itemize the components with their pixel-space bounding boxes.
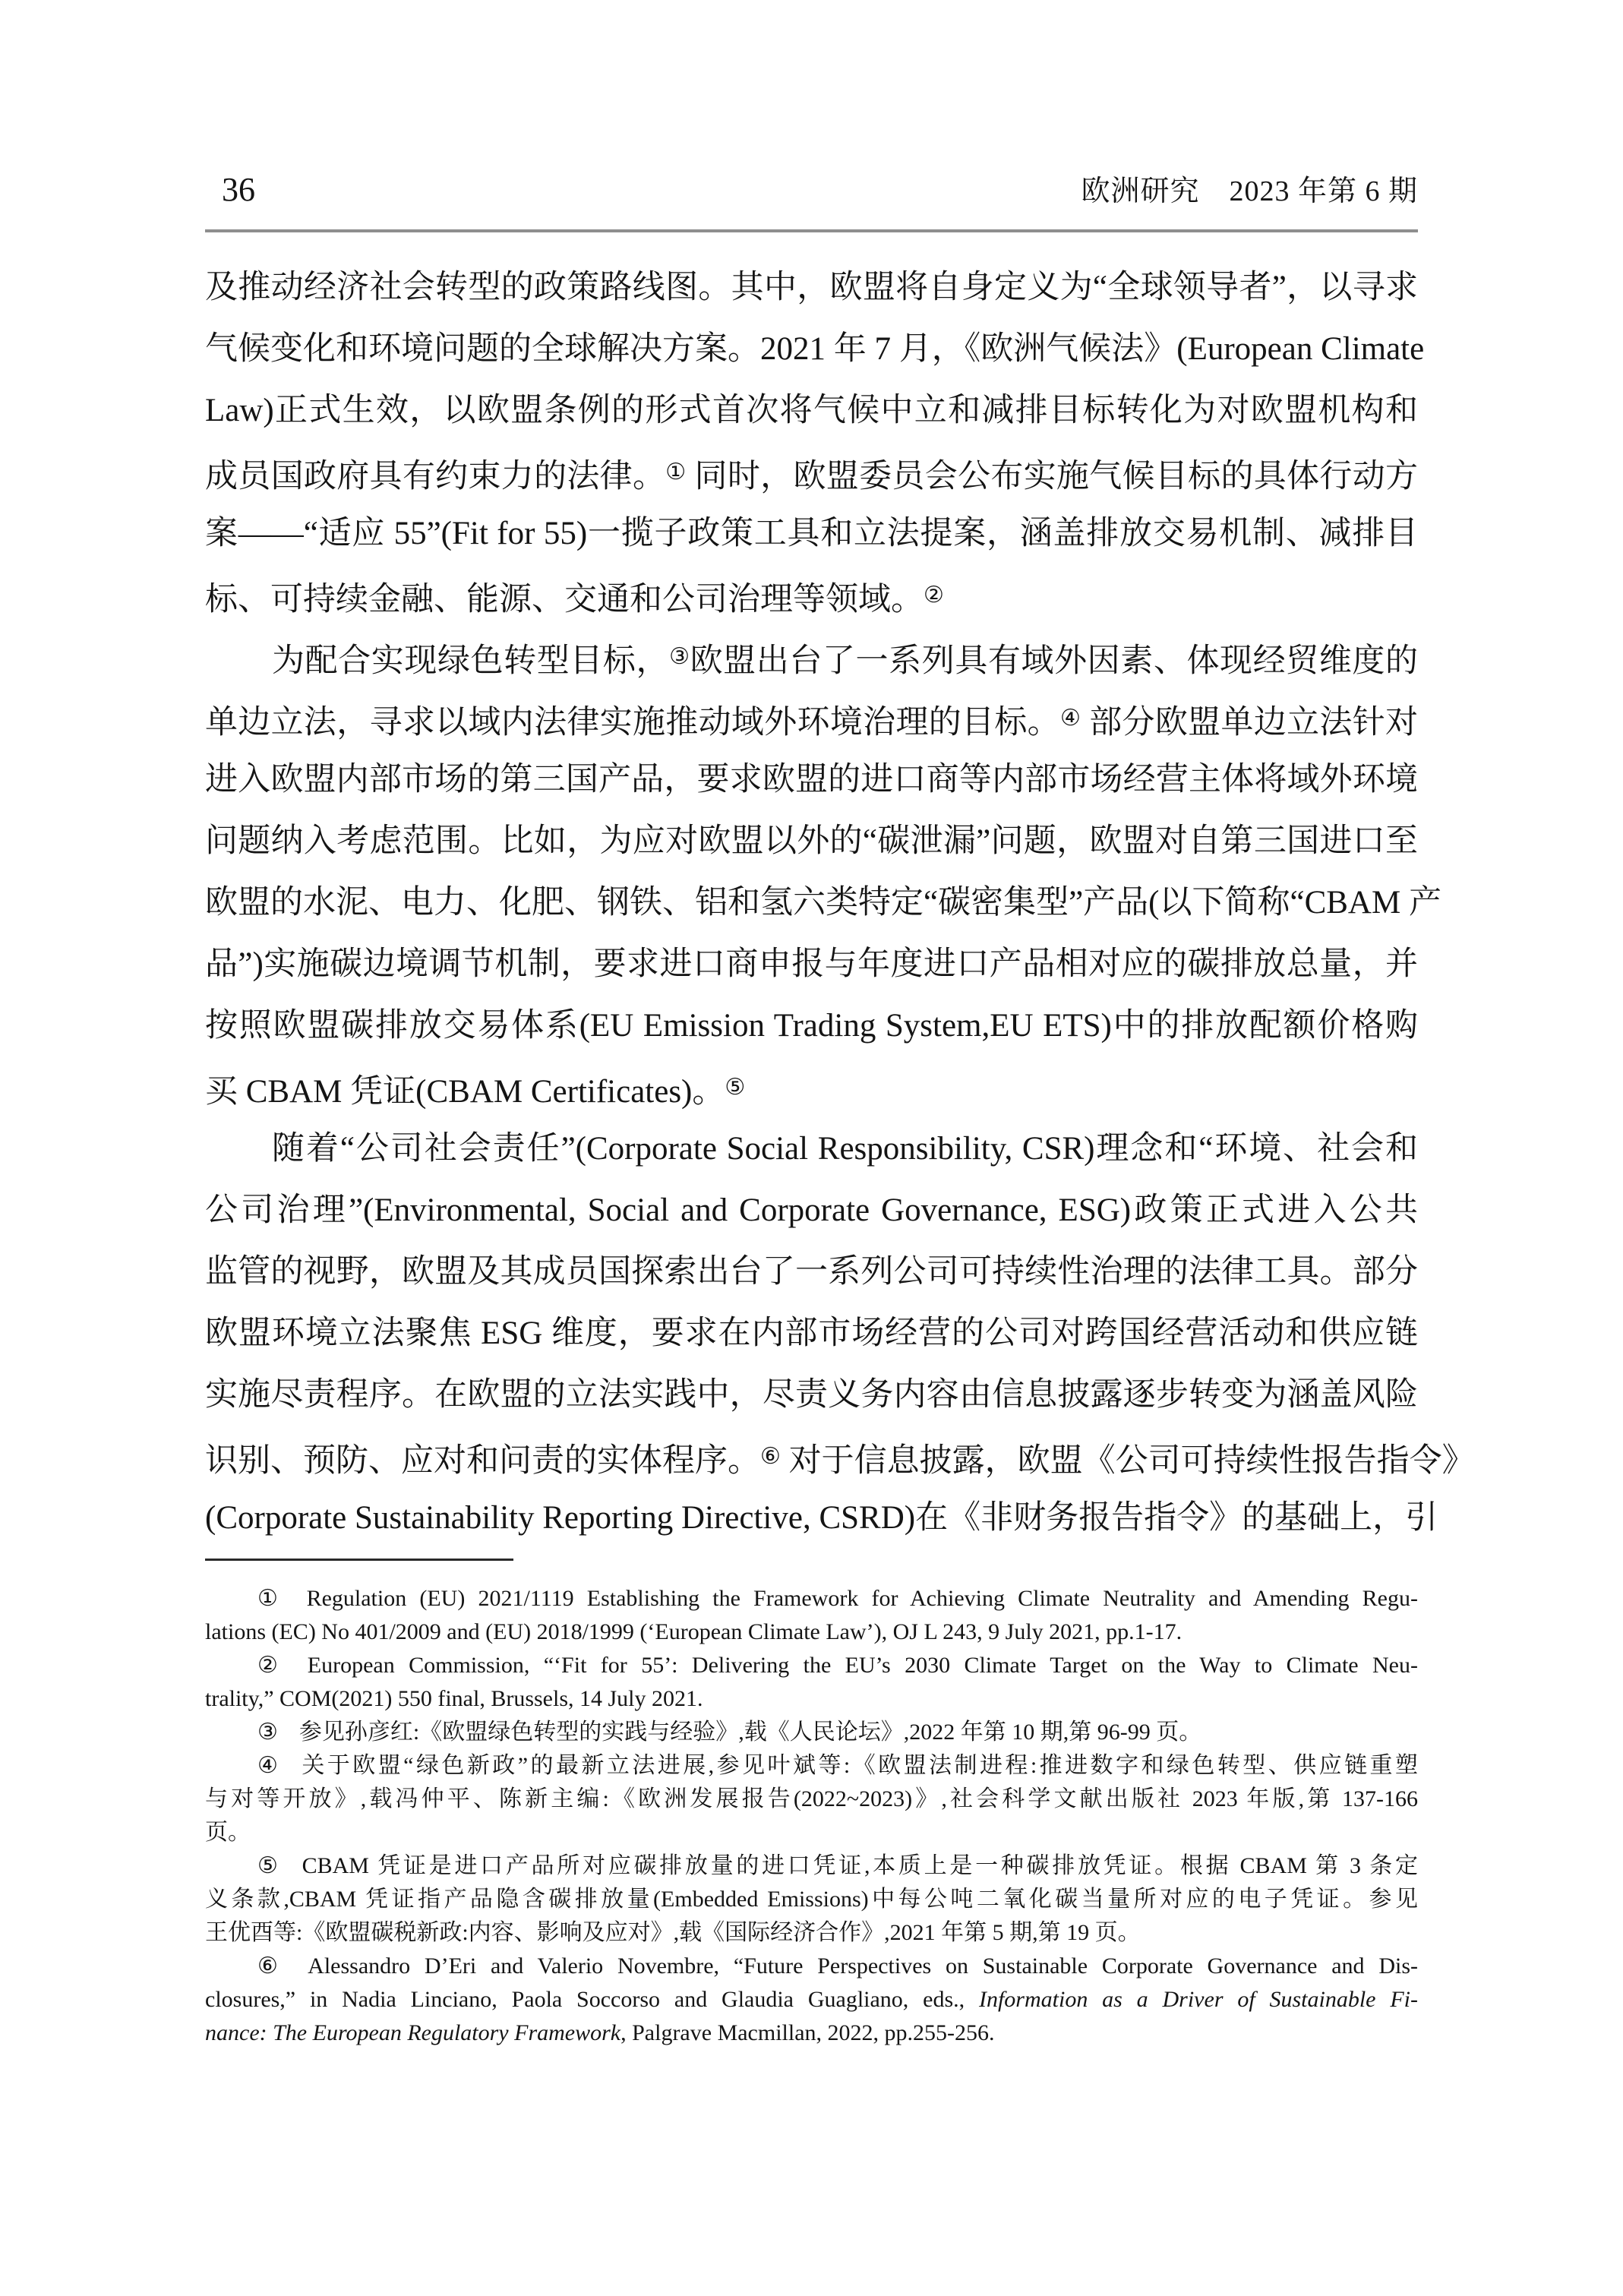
footnote-reference: ⑥ xyxy=(760,1444,781,1469)
body-line: 进入欧盟内部市场的第三国产品，要求欧盟的进口商等内部市场经营主体将域外环境 xyxy=(205,749,1418,810)
text-segment: 与对等开放》,载冯仲平、陈新主编:《欧洲发展报告(2022~2023)》,社会科… xyxy=(205,1786,1418,1811)
text-segment: 品”)实施碳边境调节机制，要求进口商申报与年度进口产品相对应的碳排放总量，并 xyxy=(205,946,1418,982)
journal-header: 欧洲研究 2023 年第 6 期 xyxy=(1081,177,1418,206)
text-segment: 义条款,CBAM 凭证指产品隐含碳排放量(Embedded Emissions)… xyxy=(205,1887,1418,1912)
body-line: (Corporate Sustainability Reporting Dire… xyxy=(205,1487,1418,1549)
text-segment: 监管的视野，欧盟及其成员国探索出台了一系列公司可持续性治理的法律工具。部分 xyxy=(205,1254,1418,1290)
text-segment: lations (EC) No 401/2009 and (EU) 2018/1… xyxy=(205,1619,1182,1644)
footnote-line: 与对等开放》,载冯仲平、陈新主编:《欧洲发展报告(2022~2023)》,社会科… xyxy=(205,1783,1418,1816)
footnote-marker: ③ xyxy=(257,1720,299,1745)
footnote-line: lations (EC) No 401/2009 and (EU) 2018/1… xyxy=(205,1615,1418,1649)
text-segment: 成员国政府具有约束力的法律。 xyxy=(205,459,665,494)
text-segment: 王优酉等:《欧盟碳税新政:内容、影响及应对》,载《国际经济合作》,2021 年第… xyxy=(205,1920,1141,1945)
text-segment: 随着“公司社会责任”(Corporate Social Responsibili… xyxy=(272,1131,1418,1167)
text-segment: 气候变化和环境问题的全球解决方案。2021 年 7 月，《欧洲气候法》(Euro… xyxy=(205,331,1424,367)
footnote-line: ③参见孙彦红:《欧盟绿色转型的实践与经验》,载《人民论坛》,2022 年第 10… xyxy=(205,1716,1418,1749)
footnote-line: closures,” in Nadia Linciano, Paola Socc… xyxy=(205,1983,1418,2017)
body-line: 及推动经济社会转型的政策路线图。其中，欧盟将自身定义为“全球领导者”，以寻求 xyxy=(205,257,1418,318)
footnote-reference: ③ xyxy=(669,644,690,669)
text-segment: 案——“适应 55”(Fit for 55)一揽子政策工具和立法提案，涵盖排放交… xyxy=(205,516,1418,551)
text-segment: 公司治理”(Environmental, Social and Corporat… xyxy=(205,1192,1418,1228)
text-segment: 单边立法，寻求以域内法律实施推动域外环境治理的目标。 xyxy=(205,705,1060,741)
text-segment: 进入欧盟内部市场的第三国产品，要求欧盟的进口商等内部市场经营主体将域外环境 xyxy=(205,762,1418,797)
header-rule xyxy=(205,229,1418,232)
text-segment: 实施尽责程序。在欧盟的立法实践中，尽责义务内容由信息披露逐步转变为涵盖风险 xyxy=(205,1377,1418,1413)
text-segment: Alessandro D’Eri and Valerio Novembre, “… xyxy=(308,1953,1418,1979)
footnote-reference: ② xyxy=(924,583,944,608)
body-text: 及推动经济社会转型的政策路线图。其中，欧盟将自身定义为“全球领导者”，以寻求气候… xyxy=(205,257,1418,1549)
text-segment: closures,” in Nadia Linciano, Paola Socc… xyxy=(205,1987,979,2012)
text-segment: 对于信息披露，欧盟《公司可持续性报告指令》 xyxy=(781,1443,1475,1479)
body-line: 随着“公司社会责任”(Corporate Social Responsibili… xyxy=(205,1118,1418,1180)
text-segment: European Commission, “‘Fit for 55’: Deli… xyxy=(308,1653,1418,1678)
body-line: 品”)实施碳边境调节机制，要求进口商申报与年度进口产品相对应的碳排放总量，并 xyxy=(205,933,1418,995)
body-line: 欧盟的水泥、电力、化肥、钢铁、铝和氢六类特定“碳密集型”产品(以下简称“CBAM… xyxy=(205,872,1418,933)
body-line: 欧盟环境立法聚焦 ESG 维度，要求在内部市场经营的公司对跨国经营活动和供应链 xyxy=(205,1303,1418,1364)
body-line: 为配合实现绿色转型目标，③欧盟出台了一系列具有域外因素、体现经贸维度的 xyxy=(205,626,1418,687)
footnote-marker: ② xyxy=(257,1653,308,1678)
text-segment: 同时，欧盟委员会公布实施气候目标的具体行动方 xyxy=(687,459,1419,494)
text-segment: Information as a Driver of Sustainable F… xyxy=(979,1987,1418,2012)
text-segment: 部分欧盟单边立法针对 xyxy=(1081,705,1418,741)
footnote-line: ②European Commission, “‘Fit for 55’: Del… xyxy=(205,1649,1418,1682)
footnote-line: 义条款,CBAM 凭证指产品隐含碳排放量(Embedded Emissions)… xyxy=(205,1883,1418,1916)
text-segment: 问题纳入考虑范围。比如，为应对欧盟以外的“碳泄漏”问题，欧盟对自第三国进口至 xyxy=(205,823,1418,859)
journal-page: 36 欧洲研究 2023 年第 6 期 及推动经济社会转型的政策路线图。其中，欧… xyxy=(0,0,1623,2296)
body-line: 识别、预防、应对和问责的实体程序。⑥ 对于信息披露，欧盟《公司可持续性报告指令》 xyxy=(205,1426,1418,1487)
body-line: 按照欧盟碳排放交易体系(EU Emission Trading System,E… xyxy=(205,995,1418,1056)
footnote-line: ④关于欧盟“绿色新政”的最新立法进展,参见叶斌等:《欧盟法制进程:推进数字和绿色… xyxy=(205,1749,1418,1783)
text-segment: Law)正式生效，以欧盟条例的形式首次将气候中立和减排目标转化为对欧盟机构和 xyxy=(205,393,1418,428)
text-segment: 按照欧盟碳排放交易体系(EU Emission Trading System,E… xyxy=(205,1008,1418,1044)
body-line: 成员国政府具有约束力的法律。① 同时，欧盟委员会公布实施气候目标的具体行动方 xyxy=(205,441,1418,503)
footnote-line: 王优酉等:《欧盟碳税新政:内容、影响及应对》,载《国际经济合作》,2021 年第… xyxy=(205,1916,1418,1950)
text-segment: 页。 xyxy=(205,1820,251,1845)
text-segment: 为配合实现绿色转型目标， xyxy=(272,643,669,679)
footnote-line: ⑥Alessandro D’Eri and Valerio Novembre, … xyxy=(205,1950,1418,1983)
body-line: 气候变化和环境问题的全球解决方案。2021 年 7 月，《欧洲气候法》(Euro… xyxy=(205,318,1418,380)
footnote-marker: ① xyxy=(257,1586,307,1611)
footnote-line: trality,” COM(2021) 550 final, Brussels,… xyxy=(205,1682,1418,1716)
body-line: 监管的视野，欧盟及其成员国探索出台了一系列公司可持续性治理的法律工具。部分 xyxy=(205,1241,1418,1303)
text-segment: 欧盟的水泥、电力、化肥、钢铁、铝和氢六类特定“碳密集型”产品(以下简称“CBAM… xyxy=(205,885,1441,921)
footnote-marker: ⑤ xyxy=(257,1853,302,1878)
body-line: 买 CBAM 凭证(CBAM Certificates)。⑤ xyxy=(205,1056,1418,1118)
text-segment: 及推动经济社会转型的政策路线图。其中，欧盟将自身定义为“全球领导者”，以寻求 xyxy=(205,270,1418,305)
body-line: 实施尽责程序。在欧盟的立法实践中，尽责义务内容由信息披露逐步转变为涵盖风险 xyxy=(205,1364,1418,1426)
footnote-reference: ⑤ xyxy=(725,1075,745,1100)
body-line: 标、可持续金融、能源、交通和公司治理等领域。② xyxy=(205,564,1418,626)
text-segment: 识别、预防、应对和问责的实体程序。 xyxy=(205,1443,760,1479)
footnote-section: ①Regulation (EU) 2021/1119 Establishing … xyxy=(205,1582,1418,2050)
text-segment: CBAM 凭证是进口产品所对应碳排放量的进口凭证,本质上是一种碳排放凭证。根据 … xyxy=(302,1853,1418,1878)
text-segment: 参见孙彦红:《欧盟绿色转型的实践与经验》,载《人民论坛》,2022 年第 10 … xyxy=(299,1720,1201,1745)
footnote-separator xyxy=(205,1559,513,1561)
body-line: 问题纳入考虑范围。比如，为应对欧盟以外的“碳泄漏”问题，欧盟对自第三国进口至 xyxy=(205,810,1418,872)
footnote-marker: ④ xyxy=(257,1753,302,1778)
page-number: 36 xyxy=(205,173,255,207)
text-segment: 欧盟环境立法聚焦 ESG 维度，要求在内部市场经营的公司对跨国经营活动和供应链 xyxy=(205,1315,1418,1351)
footnote-reference: ④ xyxy=(1060,706,1081,731)
footnote-marker: ⑥ xyxy=(257,1953,308,1979)
footnote-line: 页。 xyxy=(205,1816,1418,1849)
body-line: 公司治理”(Environmental, Social and Corporat… xyxy=(205,1180,1418,1241)
text-segment: Regulation (EU) 2021/1119 Establishing t… xyxy=(307,1586,1418,1611)
footnote-reference: ① xyxy=(665,460,686,485)
body-line: 单边立法，寻求以域内法律实施推动域外环境治理的目标。④ 部分欧盟单边立法针对 xyxy=(205,687,1418,749)
body-line: 案——“适应 55”(Fit for 55)一揽子政策工具和立法提案，涵盖排放交… xyxy=(205,503,1418,564)
text-segment: (Corporate Sustainability Reporting Dire… xyxy=(205,1500,1438,1536)
page-header: 36 欧洲研究 2023 年第 6 期 xyxy=(205,173,1418,207)
body-line: Law)正式生效，以欧盟条例的形式首次将气候中立和减排目标转化为对欧盟机构和 xyxy=(205,380,1418,441)
footnote-line: nance: The European Regulatory Framework… xyxy=(205,2017,1418,2050)
footnote-line: ①Regulation (EU) 2021/1119 Establishing … xyxy=(205,1582,1418,1615)
text-segment: trality,” COM(2021) 550 final, Brussels,… xyxy=(205,1686,703,1711)
text-segment: nance: The European Regulatory Framework xyxy=(205,2020,620,2045)
text-segment: 欧盟出台了一系列具有域外因素、体现经贸维度的 xyxy=(690,643,1418,679)
text-segment: 标、可持续金融、能源、交通和公司治理等领域。 xyxy=(205,582,924,617)
text-segment: 买 CBAM 凭证(CBAM Certificates)。 xyxy=(205,1074,725,1110)
footnote-line: ⑤CBAM 凭证是进口产品所对应碳排放量的进口凭证,本质上是一种碳排放凭证。根据… xyxy=(205,1849,1418,1883)
text-segment: , Palgrave Macmillan, 2022, pp.255-256. xyxy=(620,2020,994,2045)
text-segment: 关于欧盟“绿色新政”的最新立法进展,参见叶斌等:《欧盟法制进程:推进数字和绿色转… xyxy=(302,1753,1418,1778)
